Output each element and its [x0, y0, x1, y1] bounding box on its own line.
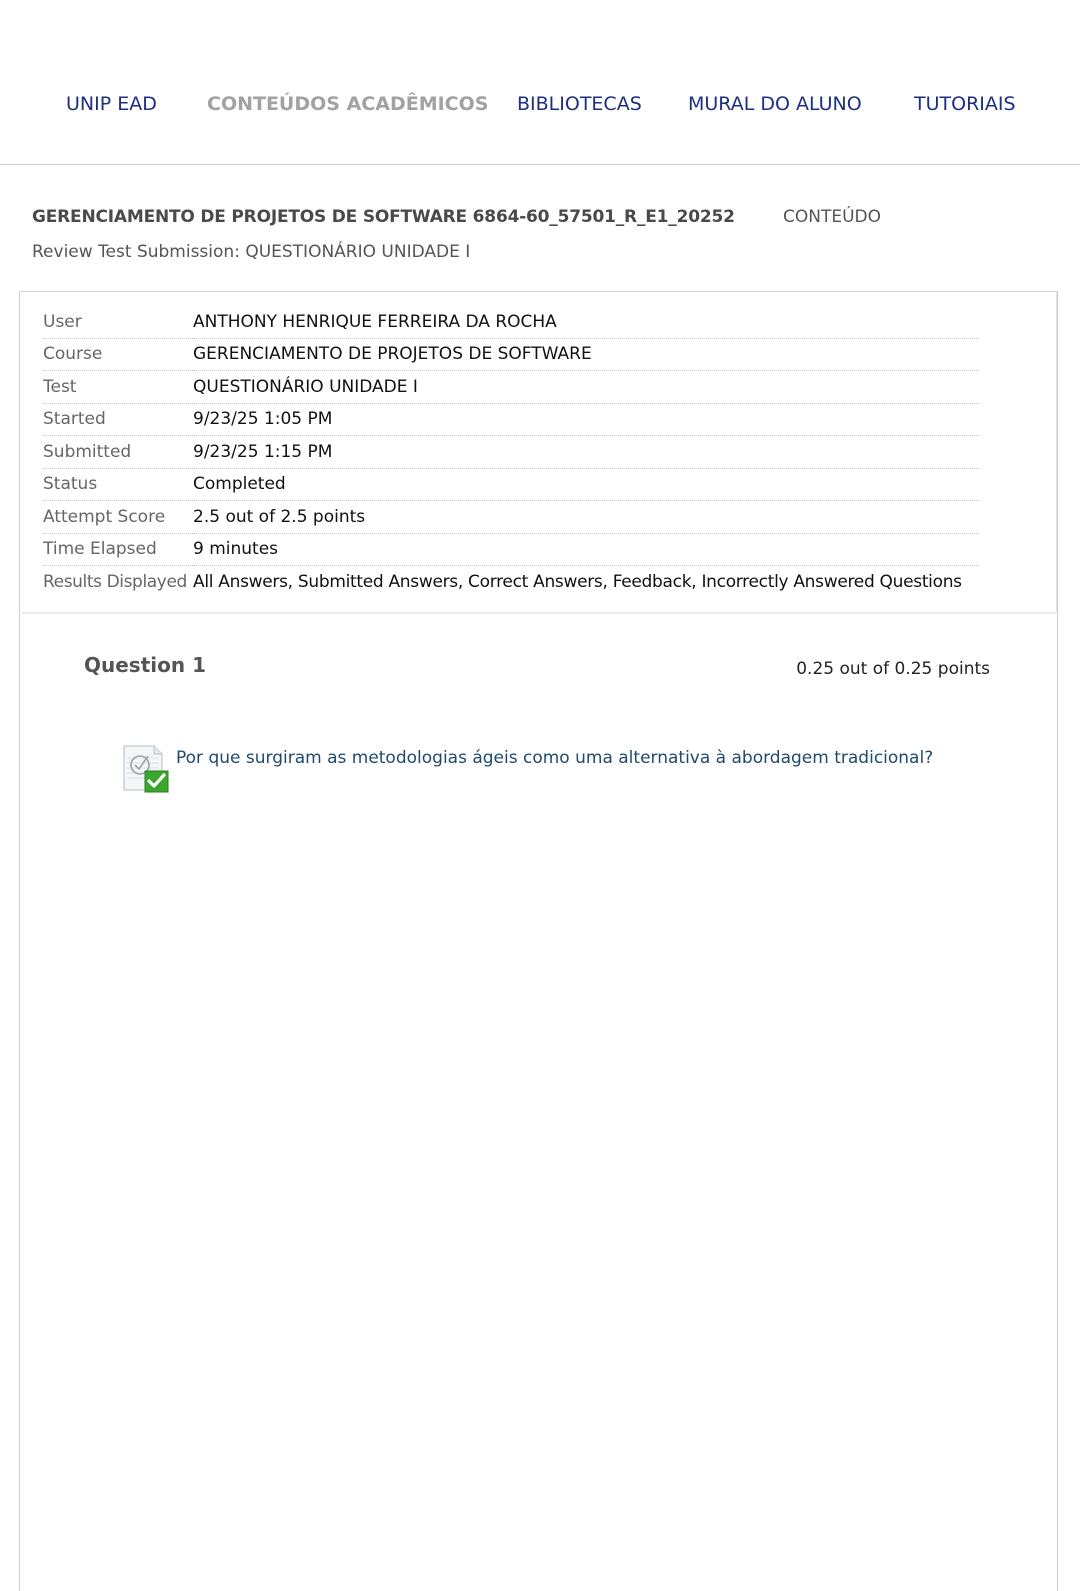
details-value: GERENCIAMENTO DE PROJETOS DE SOFTWARE	[193, 338, 979, 371]
details-row-submitted: Submitted 9/23/25 1:15 PM	[43, 436, 979, 469]
details-row-course: Course GERENCIAMENTO DE PROJETOS DE SOFT…	[43, 338, 979, 371]
question-title: Question 1	[84, 653, 206, 677]
conteudo-link[interactable]: CONTEÚDO	[783, 207, 881, 227]
details-row-results-displayed: Results Displayed All Answers, Submitted…	[43, 566, 979, 598]
details-row-started: Started 9/23/25 1:05 PM	[43, 403, 979, 436]
details-value: QUESTIONÁRIO UNIDADE I	[193, 371, 979, 404]
details-row-test: Test QUESTIONÁRIO UNIDADE I	[43, 371, 979, 404]
correct-answer-icon	[121, 744, 171, 794]
course-title: GERENCIAMENTO DE PROJETOS DE SOFTWARE 68…	[32, 207, 735, 227]
details-row-attempt-score: Attempt Score 2.5 out of 2.5 points	[43, 501, 979, 534]
nav-mural-do-aluno[interactable]: MURAL DO ALUNO	[688, 93, 862, 115]
details-value: 2.5 out of 2.5 points	[193, 501, 979, 534]
nav-tutoriais[interactable]: TUTORIAIS	[914, 93, 1016, 115]
nav-bibliotecas[interactable]: BIBLIOTECAS	[517, 93, 642, 115]
details-value: 9/23/25 1:15 PM	[193, 436, 979, 469]
top-navigation: UNIP EAD CONTEÚDOS ACADÊMICOS BIBLIOTECA…	[0, 0, 1080, 165]
nav-conteudos-academicos[interactable]: CONTEÚDOS ACADÊMICOS	[207, 93, 488, 115]
details-row-user: User ANTHONY HENRIQUE FERREIRA DA ROCHA	[43, 306, 979, 338]
details-label: User	[43, 306, 193, 338]
question-text: Por que surgiram as metodologias ágeis c…	[176, 748, 933, 768]
details-label: Test	[43, 371, 193, 404]
question-points: 0.25 out of 0.25 points	[796, 659, 990, 679]
details-value: 9 minutes	[193, 533, 979, 566]
details-value: Completed	[193, 468, 979, 501]
details-value: 9/23/25 1:05 PM	[193, 403, 979, 436]
details-value: ANTHONY HENRIQUE FERREIRA DA ROCHA	[193, 306, 979, 338]
nav-unip-ead[interactable]: UNIP EAD	[66, 93, 157, 115]
details-label: Course	[43, 338, 193, 371]
submission-details: User ANTHONY HENRIQUE FERREIRA DA ROCHA …	[21, 292, 1057, 614]
details-label: Started	[43, 403, 193, 436]
details-table: User ANTHONY HENRIQUE FERREIRA DA ROCHA …	[43, 306, 979, 598]
details-label: Attempt Score	[43, 501, 193, 534]
details-value: All Answers, Submitted Answers, Correct …	[193, 566, 979, 598]
details-label: Submitted	[43, 436, 193, 469]
details-label: Time Elapsed	[43, 533, 193, 566]
details-row-time-elapsed: Time Elapsed 9 minutes	[43, 533, 979, 566]
details-label: Results Displayed	[43, 566, 193, 598]
page-title: Review Test Submission: QUESTIONÁRIO UNI…	[32, 242, 470, 262]
details-label: Status	[43, 468, 193, 501]
details-row-status: Status Completed	[43, 468, 979, 501]
